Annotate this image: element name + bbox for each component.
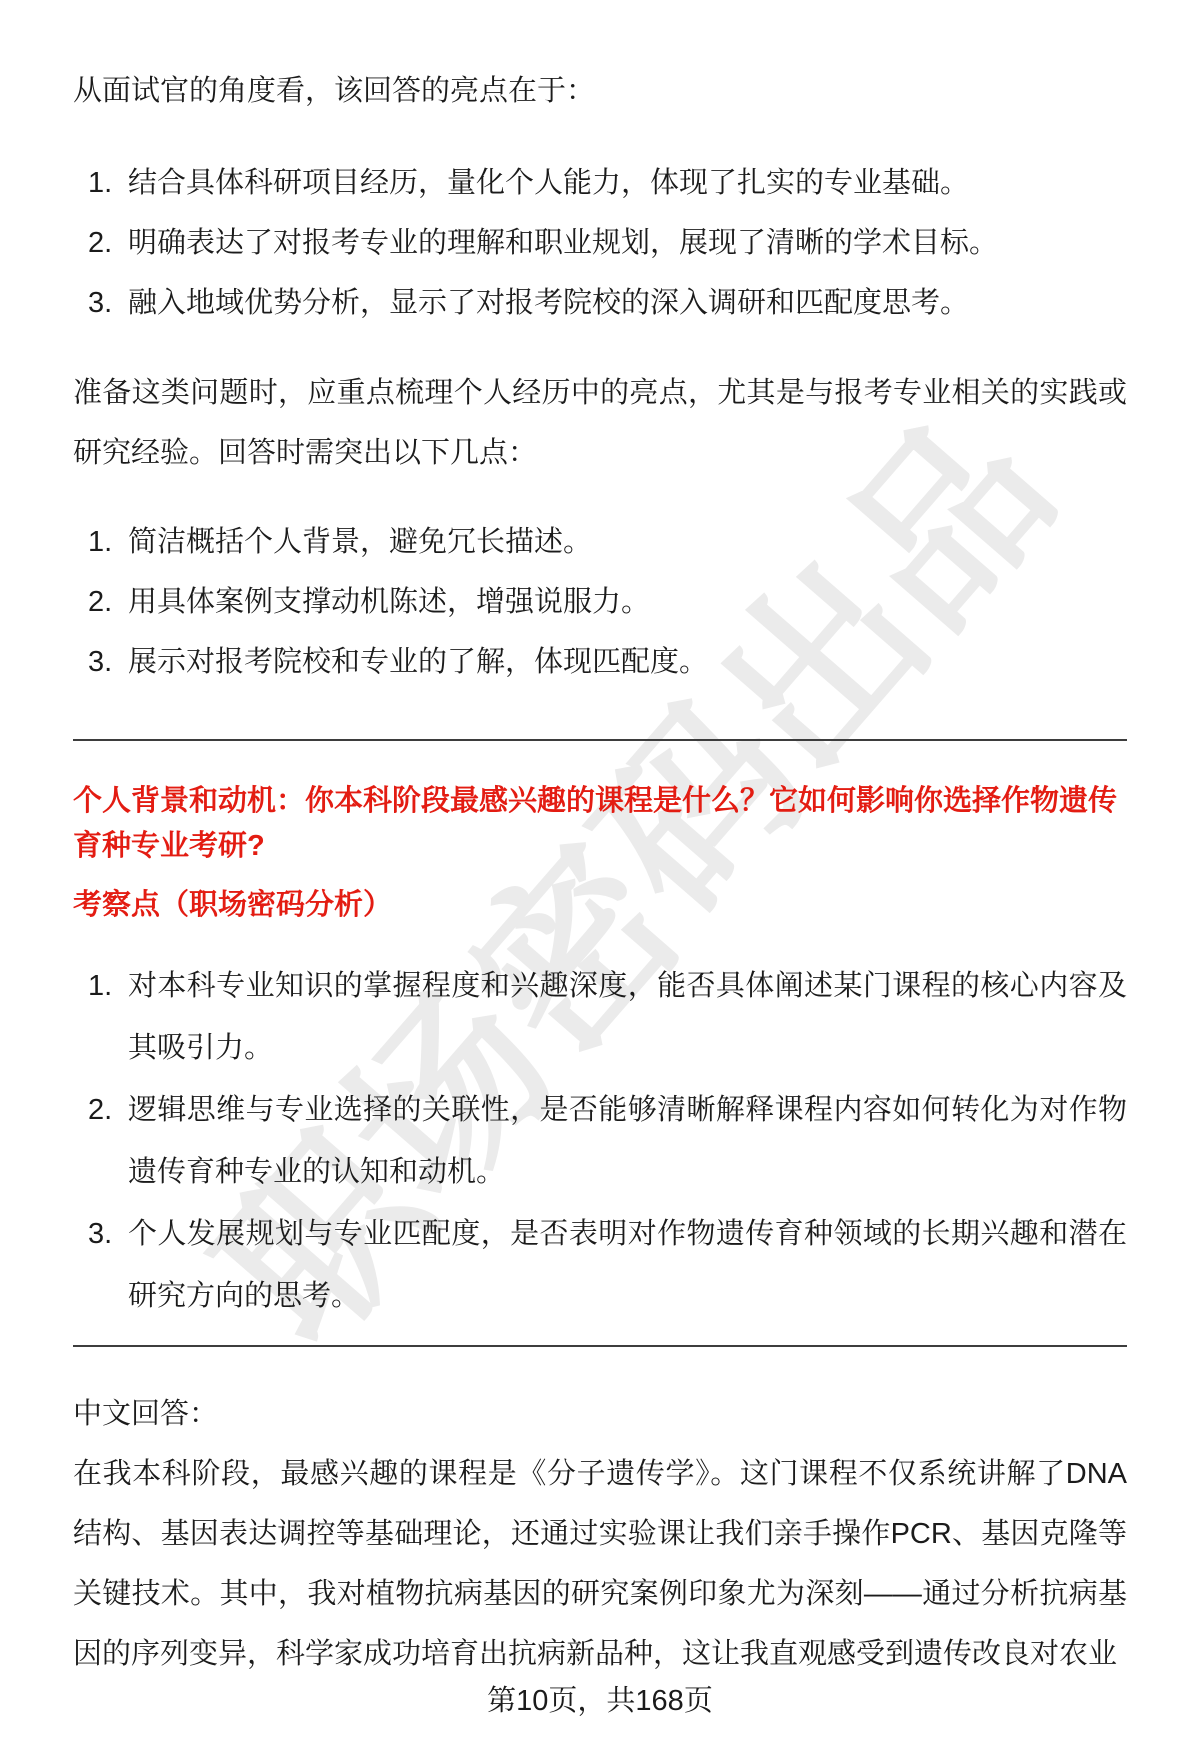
list-item-number: 3. [88,632,128,692]
list-item: 3. 融入地域优势分析，显示了对报考院校的深入调研和匹配度思考。 [73,273,1127,333]
list-item-number: 2. [88,1079,128,1203]
list-item-text: 逻辑思维与专业选择的关联性，是否能够清晰解释课程内容如何转化为对作物遗传育种专业… [128,1079,1127,1203]
section-divider [73,739,1127,741]
list-item: 2. 明确表达了对报考专业的理解和职业规划，展现了清晰的学术目标。 [73,213,1127,273]
list-item: 1. 对本科专业知识的掌握程度和兴趣深度，能否具体阐述某门课程的核心内容及其吸引… [73,955,1127,1079]
list-item: 3. 展示对报考院校和专业的了解，体现匹配度。 [73,632,1127,692]
list-item: 2. 用具体案例支撑动机陈述，增强说服力。 [73,572,1127,632]
intro-paragraph: 从面试官的角度看，该回答的亮点在于： [73,61,1127,121]
list-item-text: 融入地域优势分析，显示了对报考院校的深入调研和匹配度思考。 [128,273,1127,333]
list-item-number: 1. [88,153,128,213]
document-page: 职场密码出品 从面试官的角度看，该回答的亮点在于： 1. 结合具体科研项目经历，… [0,0,1200,1755]
list-item-number: 3. [88,1203,128,1327]
list-item-text: 简洁概括个人背景，避免冗长描述。 [128,512,1127,572]
list-item-number: 2. [88,572,128,632]
list-item-text: 用具体案例支撑动机陈述，增强说服力。 [128,572,1127,632]
list-item-text: 明确表达了对报考专业的理解和职业规划，展现了清晰的学术目标。 [128,213,1127,273]
analysis-points-list: 1. 对本科专业知识的掌握程度和兴趣深度，能否具体阐述某门课程的核心内容及其吸引… [73,955,1127,1327]
list-item-text: 展示对报考院校和专业的了解，体现匹配度。 [128,632,1127,692]
list-item: 3. 个人发展规划与专业匹配度，是否表明对作物遗传育种领域的长期兴趣和潜在研究方… [73,1203,1127,1327]
list-item-text: 结合具体科研项目经历，量化个人能力，体现了扎实的专业基础。 [128,153,1127,213]
answer-label: 中文回答： [73,1384,1127,1444]
list-item-number: 1. [88,512,128,572]
answer-paragraph: 在我本科阶段，最感兴趣的课程是《分子遗传学》。这门课程不仅系统讲解了DNA结构、… [73,1444,1127,1684]
list-item-text: 个人发展规划与专业匹配度，是否表明对作物遗传育种领域的长期兴趣和潜在研究方向的思… [128,1203,1127,1327]
list-item-number: 2. [88,213,128,273]
analysis-heading: 考察点（职场密码分析） [73,883,1127,928]
list-item-number: 3. [88,273,128,333]
list-item: 1. 结合具体科研项目经历，量化个人能力，体现了扎实的专业基础。 [73,153,1127,213]
highlights-list: 1. 结合具体科研项目经历，量化个人能力，体现了扎实的专业基础。 2. 明确表达… [73,153,1127,333]
section-divider [73,1345,1127,1347]
list-item-text: 对本科专业知识的掌握程度和兴趣深度，能否具体阐述某门课程的核心内容及其吸引力。 [128,955,1127,1079]
list-item: 1. 简洁概括个人背景，避免冗长描述。 [73,512,1127,572]
prep-paragraph: 准备这类问题时，应重点梳理个人经历中的亮点，尤其是与报考专业相关的实践或研究经验… [73,363,1127,483]
question-heading: 个人背景和动机：你本科阶段最感兴趣的课程是什么？它如何影响你选择作物遗传育种专业… [73,779,1127,869]
list-item-number: 1. [88,955,128,1079]
page-content: 从面试官的角度看，该回答的亮点在于： 1. 结合具体科研项目经历，量化个人能力，… [0,0,1200,1718]
prep-points-list: 1. 简洁概括个人背景，避免冗长描述。 2. 用具体案例支撑动机陈述，增强说服力… [73,512,1127,692]
list-item: 2. 逻辑思维与专业选择的关联性，是否能够清晰解释课程内容如何转化为对作物遗传育… [73,1079,1127,1203]
page-number-footer: 第10页，共168页 [73,1684,1127,1718]
